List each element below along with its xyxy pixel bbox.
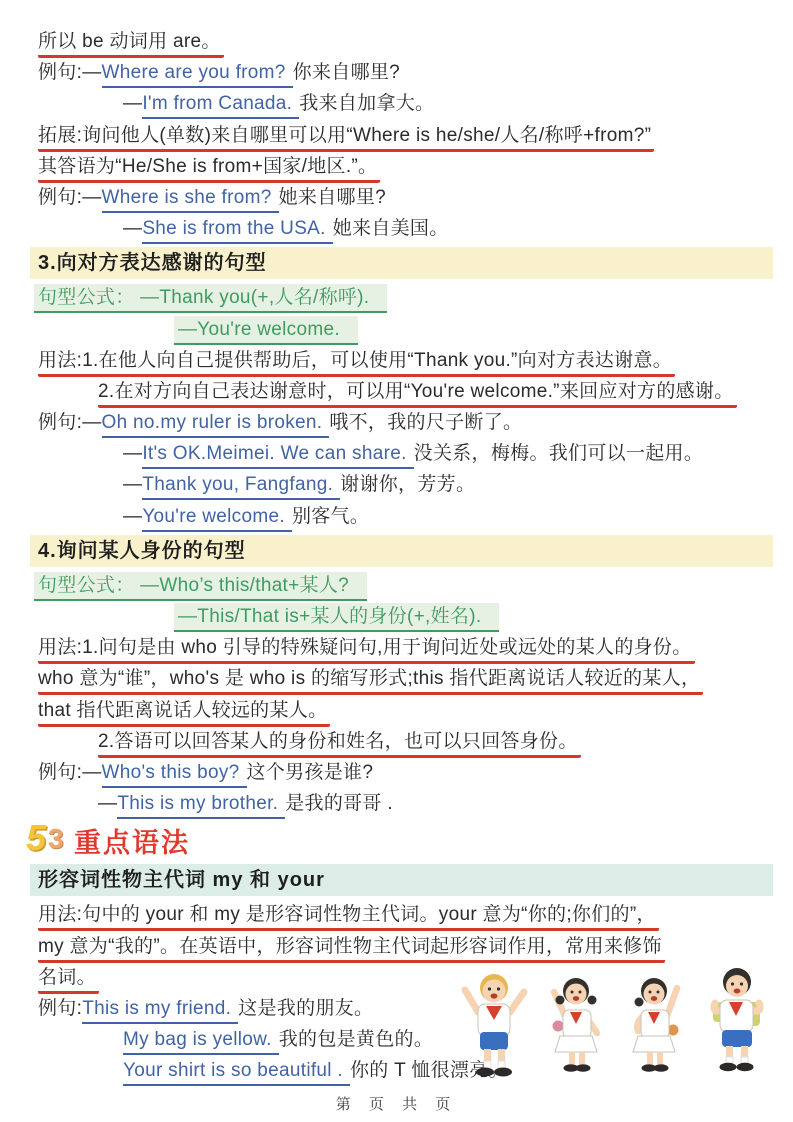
- red-underlined-text: 所以 be 动词用 are。: [38, 29, 224, 58]
- red-underlined-text: 2.答语可以回答某人的身份和姓名，也可以只回答身份。: [98, 729, 581, 758]
- chinese-text: 这是我的朋友。: [238, 998, 373, 1019]
- chinese-text: 例句:: [38, 762, 82, 783]
- text-line: 2.答语可以回答某人的身份和姓名，也可以只回答身份。: [38, 726, 765, 757]
- dash: —: [123, 443, 142, 464]
- key-grammar-title: 重点语法: [74, 821, 190, 860]
- chinese-text: 没关系，梅梅。我们可以一起用。: [414, 443, 704, 464]
- dash: —: [82, 62, 101, 83]
- chinese-text: 名词。: [38, 967, 96, 988]
- student-boy-backpack: [713, 968, 760, 1071]
- red-underlined-text: my 意为“我的”。在英语中，形容词性物主代词起形容词作用，常用来修饰: [38, 934, 665, 963]
- brand-53-icon: 53: [24, 820, 74, 860]
- student-girl-1: [553, 978, 598, 1072]
- english-text: You're welcome.: [142, 505, 292, 532]
- chinese-text: 哦不，我的尺子断了。: [329, 412, 522, 433]
- english-text: This is my friend.: [82, 997, 238, 1024]
- dash: —: [123, 474, 142, 495]
- red-underlined-text: 拓展:询问他人(单数)来自哪里可以用“Where is he/she/人名/称呼…: [38, 123, 654, 152]
- english-text: Where are you from?: [102, 61, 293, 88]
- formula-line: 句型公式： —Thank you(+,人名/称呼).: [38, 282, 765, 313]
- chinese-text: 2.答语可以回答某人的身份和姓名，也可以只回答身份。: [98, 731, 578, 752]
- chinese-text: 例句:: [38, 412, 82, 433]
- text-line: 例句:—Who's this boy?这个男孩是谁?: [38, 757, 765, 788]
- chinese-text: 用法:1.问句是由 who 引导的特殊疑问句,用于询问近处或远处的某人的身份。: [38, 637, 692, 658]
- red-underlined-text: 名词。: [38, 965, 99, 994]
- text-line: 用法:句中的 your 和 my 是形容词性物主代词。your 意为“你的;你们…: [38, 899, 765, 930]
- text-line: 2.在对方向自己表达谢意时，可以用“You're welcome.”来回应对方的…: [38, 376, 765, 407]
- english-text: My bag is yellow.: [123, 1028, 279, 1055]
- dash: —: [98, 793, 117, 814]
- chinese-text: 她来自哪里?: [279, 187, 386, 208]
- chinese-text: 你来自哪里?: [293, 62, 400, 83]
- chinese-text: 例句:: [38, 187, 82, 208]
- english-text: Your shirt is so beautiful .: [123, 1059, 350, 1086]
- red-underlined-text: 用法:句中的 your 和 my 是形容词性物主代词。your 意为“你的;你们…: [38, 902, 659, 931]
- text-line: —It's OK.Meimei. We can share.没关系，梅梅。我们可…: [38, 438, 765, 469]
- chinese-text: 这个男孩是谁?: [247, 762, 374, 783]
- chinese-text: my 意为“我的”。在英语中，形容词性物主代词起形容词作用，常用来修饰: [38, 936, 662, 957]
- section-header-yellow: 3.向对方表达感谢的句型: [30, 247, 773, 279]
- chinese-text: 例句:: [38, 998, 82, 1019]
- formula-text: —You're welcome.: [174, 316, 358, 345]
- study-notes-page: 所以 be 动词用 are。例句:—Where are you from?你来自…: [0, 0, 793, 1122]
- red-underlined-text: who 意为“谁”，who's 是 who is 的缩写形式;this 指代距离…: [38, 666, 703, 695]
- student-boy-blonde: [465, 974, 524, 1077]
- english-text: Oh no.my ruler is broken.: [102, 411, 330, 438]
- key-grammar-heading: 53重点语法: [24, 819, 765, 861]
- red-underlined-text: 2.在对方向自己表达谢意时，可以用“You're welcome.”来回应对方的…: [98, 379, 737, 408]
- chinese-text: 2.在对方向自己表达谢意时，可以用“You're welcome.”来回应对方的…: [98, 381, 734, 402]
- formula-text: 句型公式： —Thank you(+,人名/称呼).: [34, 284, 387, 313]
- chinese-text: 是我的哥哥 .: [285, 793, 393, 814]
- dash: —: [82, 187, 101, 208]
- chinese-text: 我来自加拿大。: [299, 93, 434, 114]
- red-underlined-text: 用法:1.在他人向自己提供帮助后，可以使用“Thank you.”向对方表达谢意…: [38, 348, 675, 377]
- text-line: —You're welcome.别客气。: [38, 501, 765, 532]
- english-text: I'm from Canada.: [142, 92, 299, 119]
- english-text: It's OK.Meimei. We can share.: [142, 442, 413, 469]
- dash: —: [123, 93, 142, 114]
- text-line: —I'm from Canada.我来自加拿大。: [38, 88, 765, 119]
- student-girl-2: [633, 978, 679, 1072]
- text-line: 拓展:询问他人(单数)来自哪里可以用“Where is he/she/人名/称呼…: [38, 120, 765, 151]
- chinese-text: 别客气。: [292, 506, 369, 527]
- chinese-text: 所以 be 动词用 are。: [38, 31, 221, 52]
- section-header-yellow: 4.询问某人身份的句型: [30, 535, 773, 567]
- english-text: Who's this boy?: [102, 761, 247, 788]
- text-line: —This is my brother.是我的哥哥 .: [38, 788, 765, 819]
- chinese-text: who 意为“谁”，who's 是 who is 的缩写形式;this 指代距离…: [38, 668, 700, 689]
- text-line: that 指代距离说话人较远的某人。: [38, 695, 765, 726]
- formula-text: 句型公式： —Who’s this/that+某人?: [34, 572, 367, 601]
- text-line: 用法:1.在他人向自己提供帮助后，可以使用“Thank you.”向对方表达谢意…: [38, 345, 765, 376]
- english-text: She is from the USA.: [142, 217, 332, 244]
- students-illustration: [457, 964, 787, 1088]
- red-underlined-text: 用法:1.问句是由 who 引导的特殊疑问句,用于询问近处或远处的某人的身份。: [38, 635, 695, 664]
- text-line: 例句:—Where is she from?她来自哪里?: [38, 182, 765, 213]
- document-content: 所以 be 动词用 are。例句:—Where are you from?你来自…: [38, 26, 765, 1086]
- english-text: Thank you, Fangfang.: [142, 473, 340, 500]
- formula-line: —This/That is+某人的身份(+,姓名).: [38, 601, 765, 632]
- text-line: 用法:1.问句是由 who 引导的特殊疑问句,用于询问近处或远处的某人的身份。: [38, 632, 765, 663]
- text-line: —Thank you, Fangfang.谢谢你，芳芳。: [38, 469, 765, 500]
- page-footer: 第 页 共 页: [0, 1093, 793, 1114]
- text-line: 所以 be 动词用 are。: [38, 26, 765, 57]
- section-header-teal: 形容词性物主代词 my 和 your: [30, 864, 773, 896]
- text-line: —She is from the USA.她来自美国。: [38, 213, 765, 244]
- formula-line: 句型公式： —Who’s this/that+某人?: [38, 570, 765, 601]
- text-line: 例句:—Oh no.my ruler is broken.哦不，我的尺子断了。: [38, 407, 765, 438]
- chinese-text: 用法:1.在他人向自己提供帮助后，可以使用“Thank you.”向对方表达谢意…: [38, 350, 672, 371]
- red-underlined-text: that 指代距离说话人较远的某人。: [38, 698, 330, 727]
- red-underlined-text: 其答语为“He/She is from+国家/地区.”。: [38, 154, 380, 183]
- dash: —: [82, 412, 101, 433]
- english-text: Where is she from?: [102, 186, 279, 213]
- text-line: 其答语为“He/She is from+国家/地区.”。: [38, 151, 765, 182]
- chinese-text: 拓展:询问他人(单数)来自哪里可以用“Where is he/she/人名/称呼…: [38, 125, 651, 146]
- dash: —: [82, 762, 101, 783]
- chinese-text: 用法:句中的 your 和 my 是形容词性物主代词。your 意为“你的;你们…: [38, 904, 656, 925]
- chinese-text: 例句:: [38, 62, 82, 83]
- chinese-text: that 指代距离说话人较远的某人。: [38, 700, 327, 721]
- chinese-text: 我的包是黄色的。: [279, 1029, 433, 1050]
- text-line: my 意为“我的”。在英语中，形容词性物主代词起形容词作用，常用来修饰: [38, 931, 765, 962]
- chinese-text: 其答语为“He/She is from+国家/地区.”。: [38, 156, 377, 177]
- text-line: who 意为“谁”，who's 是 who is 的缩写形式;this 指代距离…: [38, 663, 765, 694]
- chinese-text: 谢谢你，芳芳。: [340, 474, 475, 495]
- text-line: 例句:—Where are you from?你来自哪里?: [38, 57, 765, 88]
- chinese-text: 她来自美国。: [333, 218, 449, 239]
- dash: —: [123, 506, 142, 527]
- formula-line: —You're welcome.: [38, 314, 765, 345]
- formula-text: —This/That is+某人的身份(+,姓名).: [174, 603, 499, 632]
- english-text: This is my brother.: [117, 792, 285, 819]
- dash: —: [123, 218, 142, 239]
